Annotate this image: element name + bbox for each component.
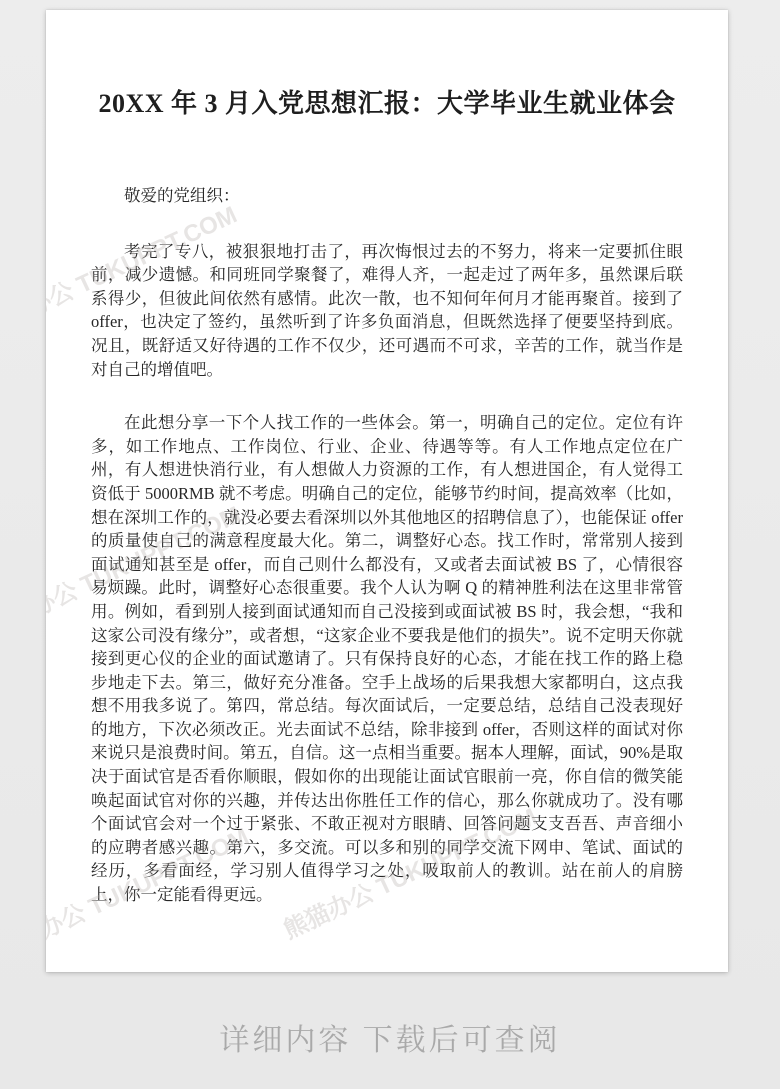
paragraph-1: 考完了专八，被狠狠地打击了，再次悔恨过去的不努力，将来一定要抓住眼前，减少遗憾。…: [91, 240, 683, 382]
greeting-line: 敬爱的党组织：: [91, 184, 683, 208]
preview-canvas: 20XX 年 3 月入党思想汇报：大学毕业生就业体会 敬爱的党组织： 考完了专八…: [0, 0, 780, 1089]
footer-caption: 详细内容 下载后可查阅: [0, 1022, 780, 1060]
paragraph-2: 在此想分享一下个人找工作的一些体会。第一，明确自己的定位。定位有许多，如工作地点…: [91, 411, 683, 906]
document-title: 20XX 年 3 月入党思想汇报：大学毕业生就业体会: [91, 86, 683, 122]
document-page: 20XX 年 3 月入党思想汇报：大学毕业生就业体会 敬爱的党组织： 考完了专八…: [46, 10, 728, 972]
